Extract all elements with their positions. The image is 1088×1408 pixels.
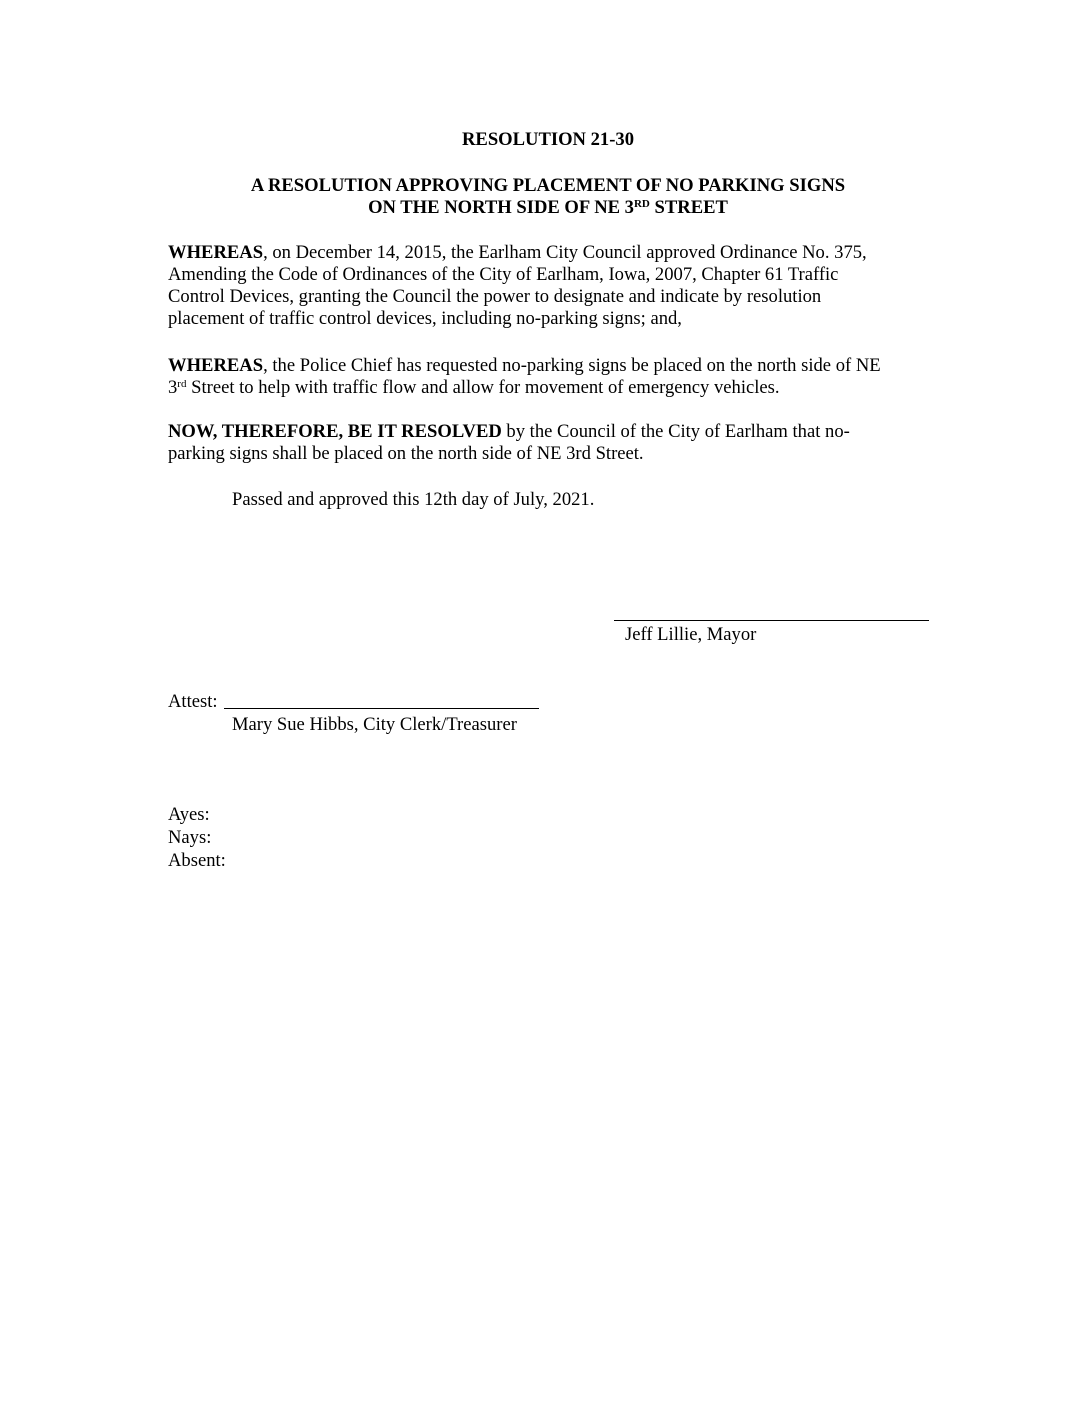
clerk-name: Mary Sue Hibbs, City Clerk/Treasurer (232, 714, 517, 736)
paragraph-line: placement of traffic control devices, in… (168, 308, 928, 330)
subtitle-prefix: ON THE NORTH SIDE OF NE 3 (368, 197, 634, 218)
resolution-title: RESOLUTION 21-30 (0, 129, 1088, 151)
attest-label: Attest: (168, 691, 218, 712)
attest-block: Attest: (168, 691, 539, 713)
mayor-signature-line (614, 620, 929, 621)
whereas-paragraph-2: WHEREAS, the Police Chief has requested … (168, 355, 928, 399)
whereas-paragraph-1: WHEREAS, on December 14, 2015, the Earlh… (168, 242, 928, 330)
resolved-paragraph: NOW, THEREFORE, BE IT RESOLVED by the Co… (168, 421, 928, 465)
ayes-label: Ayes: (168, 804, 226, 827)
passed-approved-statement: Passed and approved this 12th day of Jul… (232, 489, 594, 511)
mayor-name: Jeff Lillie, Mayor (625, 624, 756, 646)
paragraph-text: Street to help with traffic flow and all… (186, 377, 779, 398)
paragraph-text: 3 (168, 377, 177, 398)
paragraph-line: Amending the Code of Ordinances of the C… (168, 264, 928, 286)
whereas-lead: WHEREAS (168, 242, 263, 263)
resolved-lead: NOW, THEREFORE, BE IT RESOLVED (168, 421, 502, 442)
paragraph-line: 3rd Street to help with traffic flow and… (168, 377, 928, 399)
paragraph-text: by the Council of the City of Earlham th… (502, 421, 850, 442)
resolution-subtitle-line-1: A RESOLUTION APPROVING PLACEMENT OF NO P… (0, 175, 1088, 197)
paragraph-line: parking signs shall be placed on the nor… (168, 443, 928, 465)
resolution-subtitle-line-2: ON THE NORTH SIDE OF NE 3RD STREET (0, 197, 1088, 219)
document-page: RESOLUTION 21-30 A RESOLUTION APPROVING … (0, 0, 1088, 1408)
attest-signature-line (224, 708, 539, 709)
paragraph-line: WHEREAS, the Police Chief has requested … (168, 355, 928, 377)
paragraph-line: WHEREAS, on December 14, 2015, the Earlh… (168, 242, 928, 264)
absent-label: Absent: (168, 850, 226, 873)
paragraph-text: , the Police Chief has requested no-park… (263, 355, 881, 376)
vote-tally: Ayes: Nays: Absent: (168, 804, 226, 873)
paragraph-line: NOW, THEREFORE, BE IT RESOLVED by the Co… (168, 421, 928, 443)
subtitle-suffix: STREET (650, 197, 728, 218)
subtitle-superscript: RD (634, 198, 650, 210)
paragraph-line: Control Devices, granting the Council th… (168, 286, 928, 308)
paragraph-text: , on December 14, 2015, the Earlham City… (263, 242, 867, 263)
nays-label: Nays: (168, 827, 226, 850)
whereas-lead: WHEREAS (168, 355, 263, 376)
